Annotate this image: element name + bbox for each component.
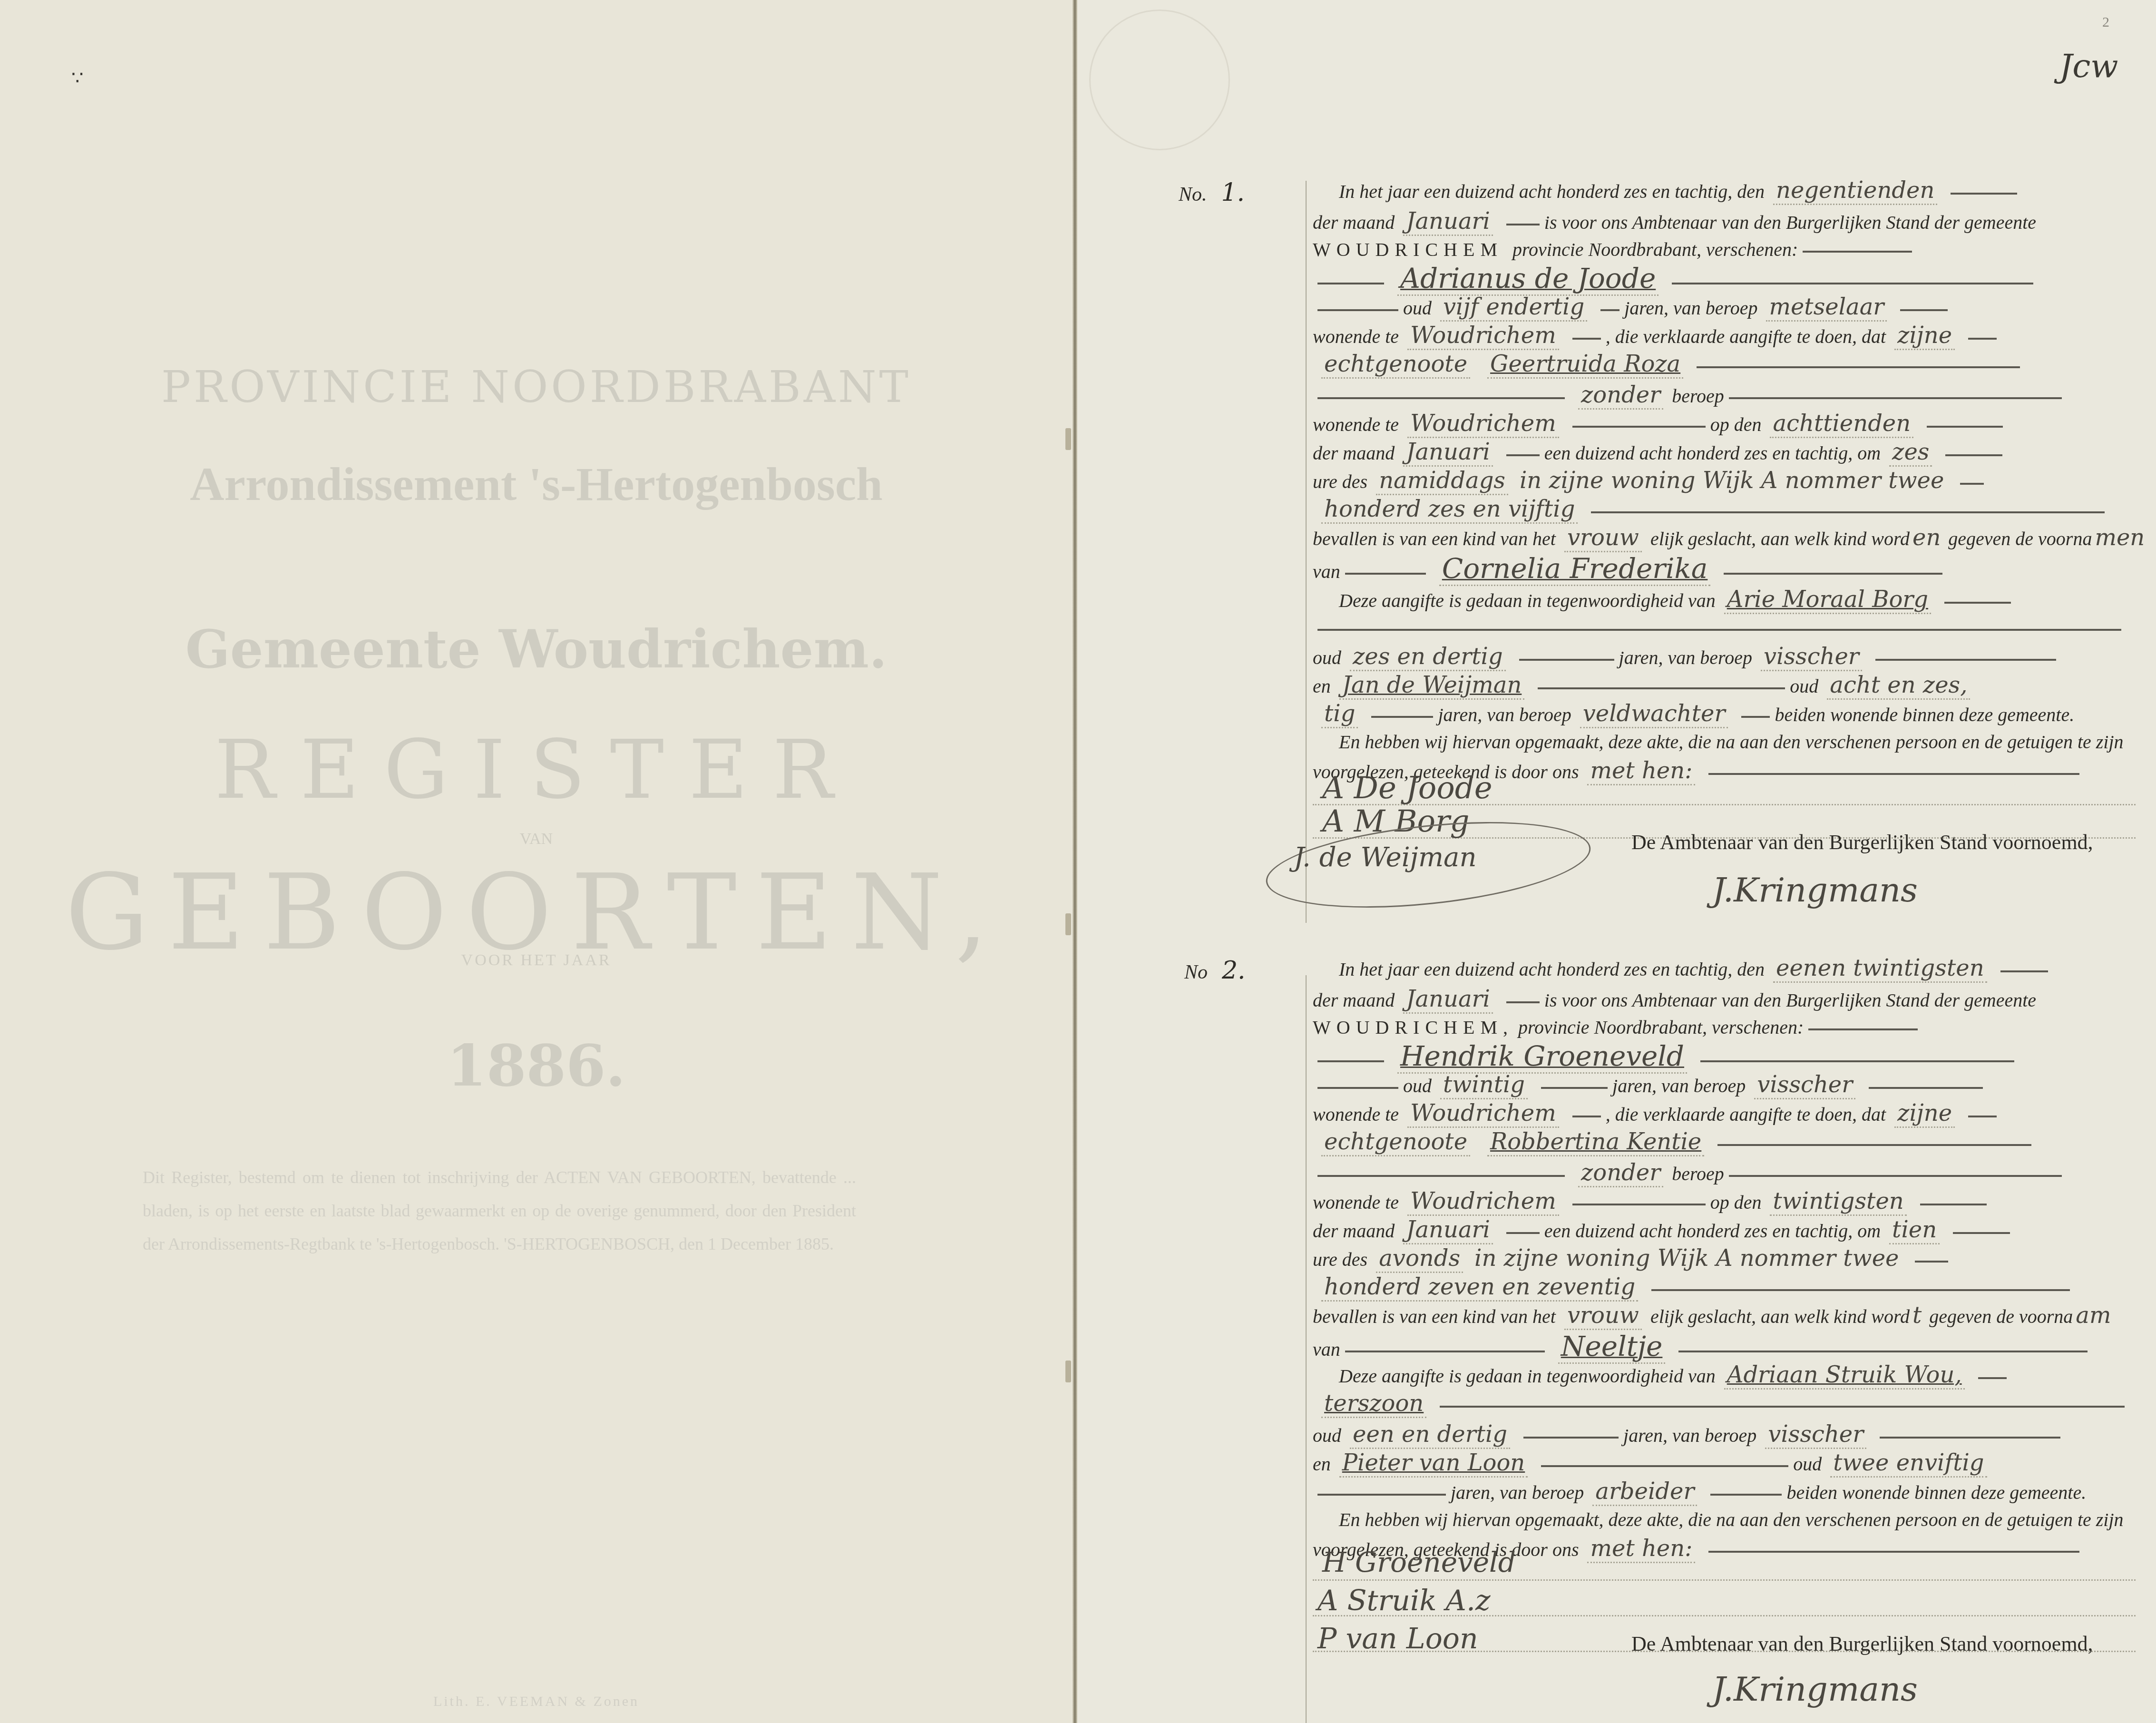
act2-line-spouse-occ: zonderberoep — [1313, 1158, 2136, 1187]
binding-stitch — [1065, 913, 1071, 935]
act2-line-child: vanNeeltje — [1313, 1332, 2136, 1361]
signature-witness2-1: J. de Weijman — [1294, 842, 1476, 873]
official-title-1: De Ambtenaar van den Burgerlijken Stand … — [1631, 830, 2093, 854]
act2-line-declarant: Hendrik Groeneveld — [1313, 1042, 2136, 1070]
act1-line-time: ure desnamiddagsin zijne woning Wijk A n… — [1313, 466, 2136, 495]
act1-line-birth-day: wonende teWoudrichemop denachttienden — [1313, 409, 2136, 438]
bleed-paragraph: Dit Register, bestemd om te dienen tot i… — [143, 1161, 856, 1261]
act1-line-place: honderd zes en vijftig — [1313, 495, 2136, 523]
act1-line-hebben: En hebben wij hiervan opgemaakt, deze ak… — [1339, 728, 2136, 756]
act2-line-hebben: En hebben wij hiervan opgemaakt, deze ak… — [1339, 1506, 2136, 1534]
signature-witness2-2: P van Loon — [1317, 1622, 1478, 1655]
page-number: 2 — [2102, 14, 2109, 30]
bleed-arrondissement: Arrondissement 's-Hertogenbosch — [0, 457, 1073, 511]
act1-line-sex: bevallen is van een kind van hetvrouweli… — [1313, 523, 2136, 552]
bleed-municipality: Gemeente Woudrichem. — [0, 618, 1073, 680]
act2-line-witness2-occ: jaren, van beroeparbeiderbeiden wonende … — [1313, 1477, 2136, 1506]
act1-line-witness1: Deze aangifte is gedaan in tegenwoordigh… — [1339, 585, 2136, 614]
ink-mark: ∵ — [71, 67, 83, 89]
act1-line-intro: In het jaar een duizend acht honderd zes… — [1339, 176, 2136, 205]
act2-line-residence: wonende teWoudrichem, die verklaarde aan… — [1313, 1099, 2136, 1127]
bleed-register: REGISTER — [0, 723, 1073, 817]
binding-stitch — [1065, 1361, 1071, 1382]
act2-line-witness1-age: oudeen en dertigjaren, van beroepvissche… — [1313, 1420, 2136, 1449]
binding-stitch — [1065, 428, 1071, 450]
act1-line-declarant: Adrianus de Joode — [1313, 264, 2136, 293]
bleed-voor-het-jaar: VOOR HET JAAR — [0, 951, 1073, 969]
act1-line-child: vanCornelia Frederika — [1313, 554, 2136, 583]
act1-line-witness2-occ: tigjaren, van beroepveldwachterbeiden wo… — [1313, 699, 2136, 728]
book-gutter — [1073, 0, 1077, 1723]
act2-line-birth-month: der maandJanuarieen duizend acht honderd… — [1313, 1215, 2136, 1244]
left-page: ∵ PROVINCIE NOORDBRABANT Arrondissement … — [0, 0, 1073, 1723]
act2-line-sex: bevallen is van een kind van hetvrouweli… — [1313, 1301, 2136, 1330]
act2-line-spouse: echtgenooteRobbertina Kentie — [1313, 1127, 2136, 1156]
bleed-province: PROVINCIE NOORDBRABANT — [0, 362, 1073, 412]
act2-line-witness1: Deze aangifte is gedaan in tegenwoordigh… — [1339, 1361, 2136, 1389]
archivist-mark: Jcw — [2059, 48, 2118, 85]
act2-line-month: der maandJanuariis voor ons Ambtenaar va… — [1313, 985, 2136, 1013]
bleed-year: 1886. — [0, 1032, 1073, 1099]
act1-line-residence: wonende teWoudrichem, die verklaarde aan… — [1313, 321, 2136, 350]
act2-line-municipality: WOUDRICHEM, provincie Noordbrabant, vers… — [1313, 1013, 2136, 1042]
act1-line-month: der maandJanuariis voor ons Ambtenaar va… — [1313, 207, 2136, 235]
signature-line — [1313, 1579, 2136, 1581]
signature-declarant-2: H Groeneveld — [1322, 1546, 1516, 1578]
act-number-1: No.1. — [1179, 178, 1245, 207]
act2-line-time: ure desavondsin zijne woning Wijk A nomm… — [1313, 1244, 2136, 1273]
embossed-seal — [1089, 10, 1230, 150]
official-signature-2: J.Kringmans — [1712, 1670, 1918, 1709]
act1-line-blank — [1313, 614, 2136, 642]
signature-witness1-2: A Struik A.z — [1317, 1584, 1491, 1617]
act1-line-spouse: echtgenooteGeertruida Roza — [1313, 350, 2136, 378]
signature-declarant-1: A De Joode — [1322, 771, 1493, 806]
act2-line-witness1-cont: terszoon — [1313, 1389, 2136, 1418]
official-signature-1: J.Kringmans — [1712, 871, 1918, 910]
act1-line-birth-month: der maandJanuarieen duizend acht honderd… — [1313, 438, 2136, 466]
act1-line-spouse-occ: zonderberoep — [1313, 381, 2136, 409]
act2-line-birth-day: wonende teWoudrichemop dentwintigsten — [1313, 1187, 2136, 1215]
margin-rule — [1306, 181, 1307, 923]
act1-line-witness1-age: oudzes en dertigjaren, van beroepvissche… — [1313, 642, 2136, 671]
act2-line-age: oudtwintigjaren, van beroepvisscher — [1313, 1070, 2136, 1099]
act1-line-municipality: WOUDRICHEM provincie Noordbrabant, versc… — [1313, 235, 2136, 264]
act1-line-witness2: enJan de Weijmanoudacht en zes, — [1313, 671, 2136, 699]
act1-line-age: oudvijf endertigjaren, van beroepmetsela… — [1313, 293, 2136, 321]
act-number-2: No2. — [1184, 956, 1246, 985]
bleed-van: VAN — [0, 830, 1073, 848]
act2-line-place: honderd zeven en zeventig — [1313, 1273, 2136, 1301]
bleed-printer: Lith. E. VEEMAN & Zonen — [0, 1694, 1073, 1710]
act2-line-witness2: enPieter van Loonoudtwee enviftig — [1313, 1449, 2136, 1477]
official-title-2: De Ambtenaar van den Burgerlijken Stand … — [1631, 1632, 2093, 1656]
margin-rule — [1306, 975, 1307, 1723]
act2-line-intro: In het jaar een duizend acht honderd zes… — [1339, 954, 2136, 982]
